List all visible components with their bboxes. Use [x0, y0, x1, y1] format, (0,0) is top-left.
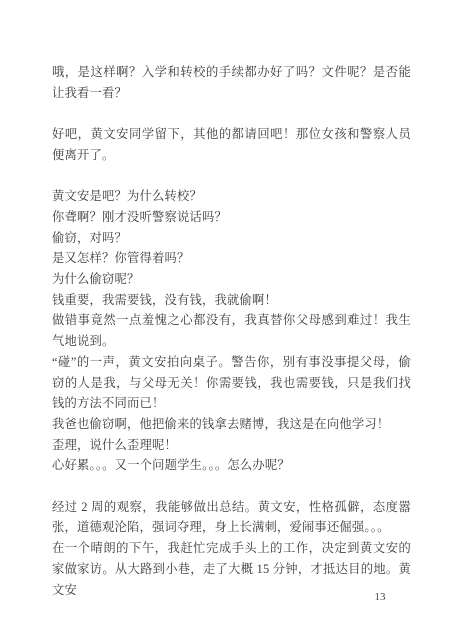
paragraph: 我爸也偷窃啊，他把偷来的钱拿去赌博，我这是在向他学习！ — [52, 414, 411, 435]
page-number: 13 — [370, 591, 390, 603]
paragraph-group-2: 好吧，黄文安同学留下，其他的都请回吧！那位女孩和警察人员便离开了。 — [52, 124, 411, 165]
paragraph: 你聋啊？刚才没听警察说话吗？ — [52, 207, 411, 228]
paragraph-group-4: 经过 2 周的观察，我能够做出总结。黄文安，性格孤僻，态度嚣张，道德观沦陷，强词… — [52, 497, 411, 601]
paragraph: 钱重要，我需要钱，没有钱，我就偷啊！ — [52, 290, 411, 311]
paragraph: 歪理，说什么歪理呢！ — [52, 435, 411, 456]
paragraph: 在一个晴朗的下午，我赶忙完成手头上的工作，决定到黄文安的家做家访。从大路到小巷，… — [52, 538, 411, 600]
page-body: 哦，是这样啊？入学和转校的手续都办好了吗？文件呢？是否能让我看一看？ 好吧，黄文… — [52, 62, 411, 600]
paragraph-group-1: 哦，是这样啊？入学和转校的手续都办好了吗？文件呢？是否能让我看一看？ — [52, 62, 411, 103]
document-page: 哦，是这样啊？入学和转校的手续都办好了吗？文件呢？是否能让我看一看？ 好吧，黄文… — [0, 0, 450, 640]
paragraph: 偷窃，对吗？ — [52, 228, 411, 249]
paragraph: 是又怎样？你管得着吗？ — [52, 248, 411, 269]
paragraph: “碰”的一声，黄文安拍向桌子。警告你，别有事没事提父母，偷窃的人是我，与父母无关… — [52, 352, 411, 414]
paragraph: 经过 2 周的观察，我能够做出总结。黄文安，性格孤僻，态度嚣张，道德观沦陷，强词… — [52, 497, 411, 538]
paragraph-group-3: 黄文安是吧？为什么转校？ 你聋啊？刚才没听警察说话吗？ 偷窃，对吗？ 是又怎样？… — [52, 186, 411, 476]
paragraph: 为什么偷窃呢？ — [52, 269, 411, 290]
paragraph: 做错事竟然一点羞愧之心都没有，我真替你父母感到难过！我生气地说到。 — [52, 310, 411, 351]
paragraph: 好吧，黄文安同学留下，其他的都请回吧！那位女孩和警察人员便离开了。 — [52, 124, 411, 165]
paragraph: 黄文安是吧？为什么转校？ — [52, 186, 411, 207]
paragraph: 心好累。。。又一个问题学生。。。怎么办呢？ — [52, 455, 411, 476]
paragraph: 哦，是这样啊？入学和转校的手续都办好了吗？文件呢？是否能让我看一看？ — [52, 62, 411, 103]
